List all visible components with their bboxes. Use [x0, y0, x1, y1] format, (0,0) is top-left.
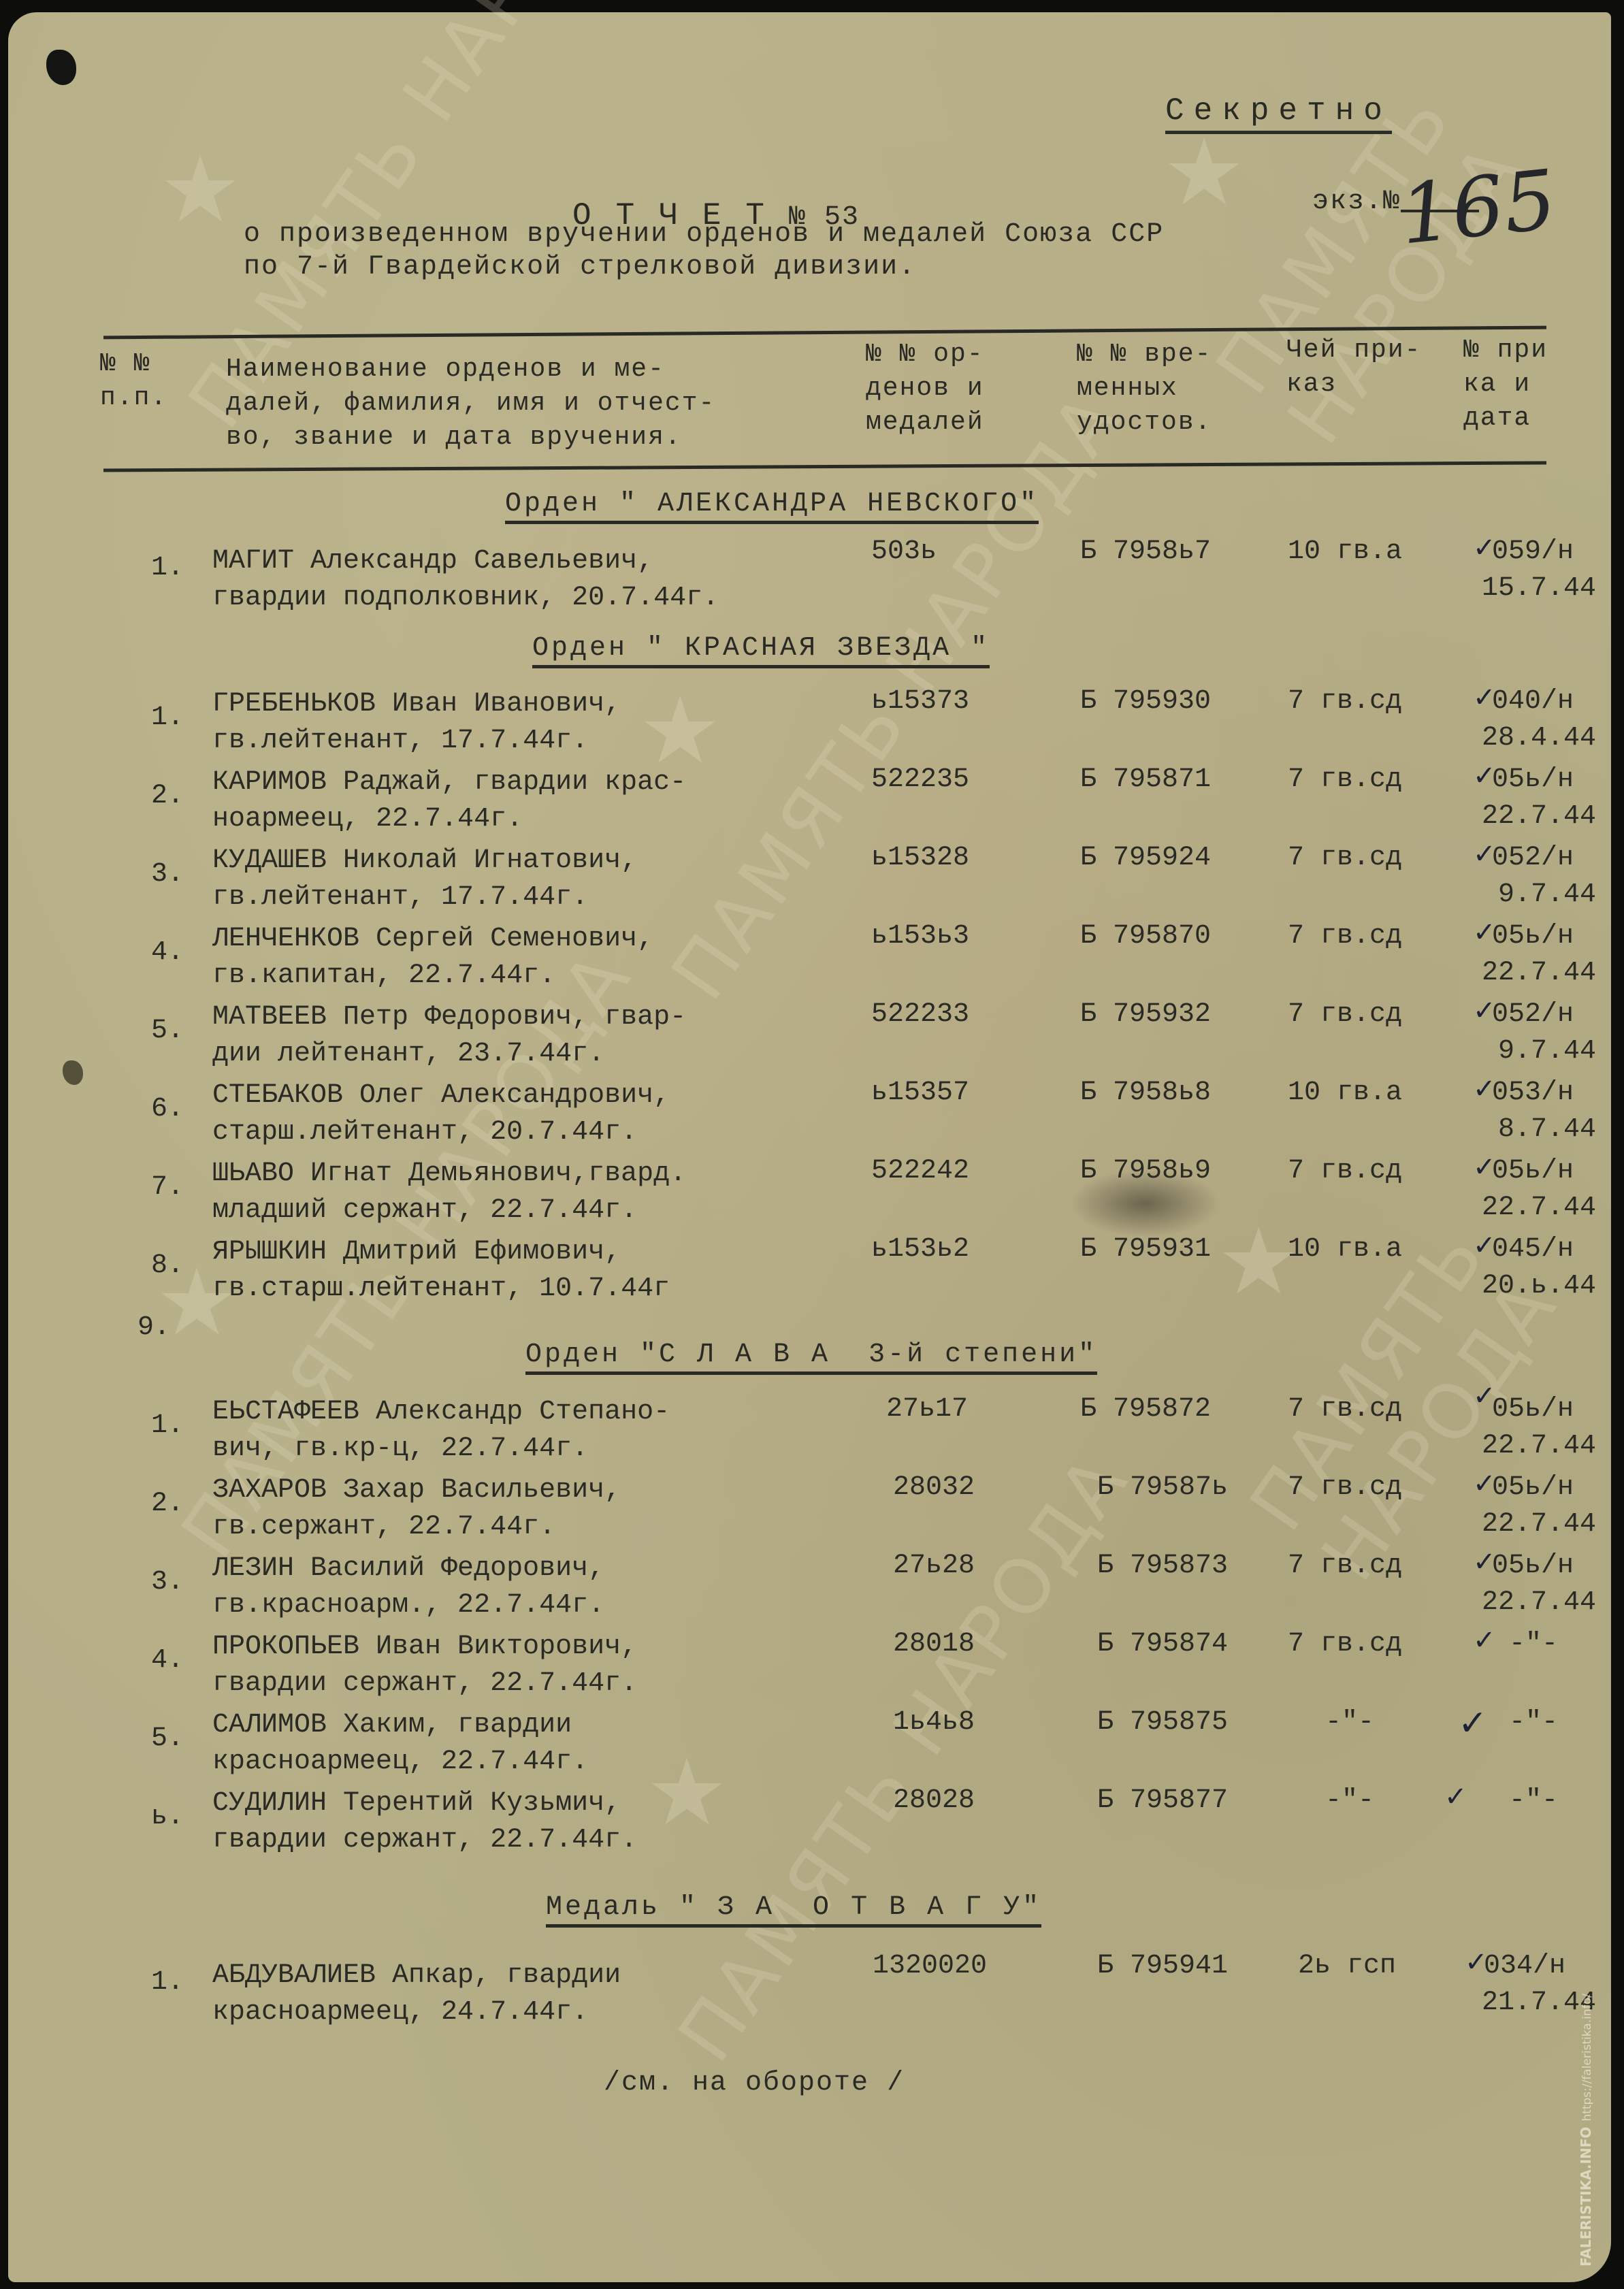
certificate-number: Б 795872 — [1080, 1394, 1211, 1425]
row-name: КАРИМОВ Раджай, гвардии крас- ноармеец, … — [212, 764, 686, 838]
col-header-certificate-numbers: № № вре- менных удостов. — [1077, 338, 1212, 440]
order-number: ь153ь2 — [871, 1234, 969, 1265]
row-index: 5. — [151, 1016, 184, 1046]
table-row: 4. ЛЕНЧЕНКОВ Сергей Семенович, гв.капита… — [8, 921, 1611, 997]
name-line-2: гв.лейтенант, 17.7.44г. — [212, 726, 588, 756]
row-name: ЯРЫШКИН Дмитрий Ефимович, гв.старш.лейте… — [212, 1234, 670, 1308]
order-number: ь153ь3 — [871, 921, 969, 952]
check-mark-icon: ✓ — [1458, 1703, 1488, 1744]
table-row: 3. КУДАШЕВ Николай Игнатович, гв.лейтена… — [8, 843, 1611, 919]
order-ref: 05ь/н — [1492, 1551, 1574, 1581]
whose-order: 2ь гсп — [1298, 1951, 1396, 1981]
site-watermark: FALERISTIKA.INFOhttps://faleristika.info… — [1578, 1994, 1594, 2267]
order-ref: 045/н — [1492, 1234, 1574, 1265]
row-index: 1. — [151, 1410, 184, 1441]
name-line-1: ЗАХАРОВ Захар Васильевич, — [212, 1475, 621, 1506]
certificate-number: Б 795931 — [1080, 1234, 1211, 1265]
table-row: 7. ШЬАВО Игнат Демьянович,гвард. младший… — [8, 1156, 1611, 1232]
name-line-1: СТЕБАКОВ Олег Александрович, — [212, 1080, 670, 1111]
certificate-number: Б 795924 — [1080, 843, 1211, 873]
order-ref: 052/н — [1492, 843, 1574, 873]
order-ref: 052/н — [1492, 999, 1574, 1030]
section-title-glory-3rd-class: Орден "С Л А В А 3-й степени" — [525, 1340, 1097, 1375]
punch-hole — [46, 50, 76, 85]
certificate-number: Б 795875 — [1097, 1707, 1228, 1738]
order-ref: -"- — [1509, 1707, 1558, 1738]
name-line-1: ГРЕБЕНЬКОВ Иван Иванович, — [212, 689, 621, 719]
handwritten-page-number: 165 — [1395, 152, 1560, 263]
row-index: 1. — [151, 553, 184, 583]
col-header-whose-order: Чей при- каз — [1286, 334, 1421, 402]
table-row: 4. ПРОКОПЬЕВ Иван Викторович, гвардии се… — [8, 1629, 1611, 1705]
table-row: 1. АБДУВАЛИЕВ Апкар, гвардии красноармее… — [8, 1951, 1611, 2027]
row-name: ПРОКОПЬЕВ Иван Викторович, гвардии сержа… — [212, 1629, 637, 1702]
order-ref: 05ь/н — [1492, 764, 1574, 795]
order-ref: -"- — [1509, 1629, 1558, 1659]
whose-order: 7 гв.сд — [1288, 686, 1402, 717]
row-name: МАГИТ Александр Савельевич, гвардии подп… — [212, 543, 719, 617]
order-date: 22.7.44 — [1482, 958, 1596, 988]
table-row: 2. КАРИМОВ Раджай, гвардии крас- ноармее… — [8, 764, 1611, 841]
order-number: 27ь28 — [893, 1551, 975, 1581]
order-date: 22.7.44 — [1482, 1431, 1596, 1461]
whose-order: 10 гв.а — [1288, 1077, 1402, 1108]
whose-order: 7 гв.сд — [1288, 921, 1402, 952]
order-number: 27ь17 — [886, 1394, 968, 1425]
certificate-number: Б 795871 — [1080, 764, 1211, 795]
row-index: 2. — [151, 1489, 184, 1519]
name-line-1: САЛИМОВ Хаким, гвардии — [212, 1710, 572, 1740]
whose-order: 7 гв.сд — [1288, 1394, 1402, 1425]
table-row: 1. МАГИТ Александр Савельевич, гвардии п… — [8, 536, 1611, 613]
order-number: 28032 — [893, 1472, 975, 1503]
row-index: 4. — [151, 937, 184, 968]
name-line-2: красноармеец, 24.7.44г. — [212, 1997, 588, 2028]
whose-order: 7 гв.сд — [1288, 1156, 1402, 1186]
name-line-1: МАТВЕЕВ Петр Федорович, гвар- — [212, 1002, 686, 1033]
check-mark-icon: ✓ — [1444, 1781, 1467, 1813]
row-name: ЛЕНЧЕНКОВ Сергей Семенович, гв.капитан, … — [212, 921, 653, 994]
order-number: 28028 — [893, 1785, 975, 1816]
whose-order: 7 гв.сд — [1288, 999, 1402, 1030]
row-name: ГРЕБЕНЬКОВ Иван Иванович, гв.лейтенант, … — [212, 686, 621, 760]
order-number: 1ь4ь8 — [893, 1707, 975, 1738]
section-title-medal-for-courage: Медаль " З А О Т В А Г У" — [546, 1892, 1041, 1928]
order-number: ь15373 — [871, 686, 969, 717]
report-subtitle-line-2: по 7-й Гвардейской стрелковой дивизии. — [244, 249, 916, 286]
name-line-2: гвардии сержант, 22.7.44г. — [212, 1825, 637, 1855]
certificate-number: Б 795874 — [1097, 1629, 1228, 1659]
order-date: 9.7.44 — [1498, 879, 1596, 910]
name-line-1: АБДУВАЛИЕВ Апкар, гвардии — [212, 1960, 621, 1991]
row-name: АБДУВАЛИЕВ Апкар, гвардии красноармеец, … — [212, 1958, 621, 2031]
table-row: 1. ГРЕБЕНЬКОВ Иван Иванович, гв.лейтенан… — [8, 686, 1611, 762]
certificate-number: Б 795877 — [1097, 1785, 1228, 1816]
row-index: 3. — [151, 1567, 184, 1597]
row-name: СТЕБАКОВ Олег Александрович, старш.лейте… — [212, 1077, 670, 1151]
row-index: 2. — [151, 781, 184, 811]
order-date: 15.7.44 — [1482, 573, 1596, 604]
whose-order: -"- — [1325, 1785, 1374, 1816]
row-name: МАТВЕЕВ Петр Федорович, гвар- дии лейтен… — [212, 999, 686, 1073]
ink-smudge — [1070, 1169, 1220, 1237]
table-row: 5. МАТВЕЕВ Петр Федорович, гвар- дии лей… — [8, 999, 1611, 1075]
copy-label: экз.№ — [1312, 186, 1401, 217]
name-line-1: СУДИЛИН Терентий Кузьмич, — [212, 1788, 621, 1819]
certificate-number: Б 795941 — [1097, 1951, 1228, 1981]
table-row: 1. ЕЬСТАФЕЕВ Александр Степано- вич, гв.… — [8, 1394, 1611, 1470]
name-line-2: гв.сержант, 22.7.44г. — [212, 1512, 555, 1542]
name-line-2: старш.лейтенант, 20.7.44г. — [212, 1117, 637, 1148]
table-header-bottom-rule — [103, 461, 1546, 472]
site-name: FALERISTIKA.INFO — [1578, 2127, 1594, 2267]
row-index: 1. — [151, 1967, 184, 1998]
order-number: 522242 — [871, 1156, 969, 1186]
name-line-1: ЕЬСТАФЕЕВ Александр Степано- — [212, 1397, 670, 1427]
name-line-1: ШЬАВО Игнат Демьянович,гвард. — [212, 1158, 686, 1189]
name-line-2: ноармеец, 22.7.44г. — [212, 804, 523, 834]
name-line-1: ЛЕНЧЕНКОВ Сергей Семенович, — [212, 924, 653, 954]
order-ref: 05ь/н — [1492, 1394, 1574, 1425]
row-name: СУДИЛИН Терентий Кузьмич, гвардии сержан… — [212, 1785, 637, 1859]
section-title-red-star: Орден " КРАСНАЯ ЗВЕЗДА " — [532, 633, 990, 668]
name-line-2: красноармеец, 22.7.44г. — [212, 1747, 588, 1777]
whose-order: 7 гв.сд — [1288, 764, 1402, 795]
certificate-number: Б 7958ь8 — [1080, 1077, 1211, 1108]
name-line-1: МАГИТ Александр Савельевич, — [212, 546, 653, 577]
order-date: 22.7.44 — [1482, 801, 1596, 832]
name-line-2: вич, гв.кр-ц, 22.7.44г. — [212, 1433, 588, 1464]
row-name: САЛИМОВ Хаким, гвардии красноармеец, 22.… — [212, 1707, 588, 1781]
name-line-2: младший сержант, 22.7.44г. — [212, 1195, 637, 1226]
whose-order: 7 гв.сд — [1288, 1472, 1402, 1503]
certificate-number: Б 795870 — [1080, 921, 1211, 952]
name-line-1: КАРИМОВ Раджай, гвардии крас- — [212, 767, 686, 798]
table-row: 8. ЯРЫШКИН Дмитрий Ефимович, гв.старш.ле… — [8, 1234, 1611, 1310]
row-index: 5. — [151, 1723, 184, 1754]
order-ref: -"- — [1509, 1785, 1558, 1816]
name-line-2: гв.лейтенант, 17.7.44г. — [212, 882, 588, 913]
row-index: 8. — [151, 1250, 184, 1281]
name-line-2: гв.красноарм., 22.7.44г. — [212, 1590, 604, 1621]
report-subtitle-line-1: о произведенном вручении орденов и медал… — [244, 216, 1164, 253]
table-row: 6. СТЕБАКОВ Олег Александрович, старш.ле… — [8, 1077, 1611, 1154]
certificate-number: Б 795932 — [1080, 999, 1211, 1030]
section-title-alexander-nevsky: Орден " АЛЕКСАНДРА НЕВСКОГО" — [505, 489, 1039, 524]
certificate-number: Б 795873 — [1097, 1551, 1228, 1581]
order-date: 28.4.44 — [1482, 723, 1596, 753]
row-index: 9. — [137, 1312, 170, 1343]
certificate-number: Б 795930 — [1080, 686, 1211, 717]
name-line-1: ЯРЫШКИН Дмитрий Ефимович, — [212, 1237, 621, 1267]
whose-order: 10 гв.а — [1288, 1234, 1402, 1265]
order-ref: 05ь/н — [1492, 921, 1574, 952]
name-line-2: дии лейтенант, 23.7.44г. — [212, 1039, 604, 1069]
table-row: 2. ЗАХАРОВ Захар Васильевич, гв.сержант,… — [8, 1472, 1611, 1548]
row-name: ЗАХАРОВ Захар Васильевич, гв.сержант, 22… — [212, 1472, 621, 1546]
name-line-1: ПРОКОПЬЕВ Иван Викторович, — [212, 1631, 637, 1662]
certificate-number: Б 79587ь — [1097, 1472, 1228, 1503]
row-index: 6. — [151, 1094, 184, 1124]
whose-order: 7 гв.сд — [1288, 1629, 1402, 1659]
order-ref: 05ь/н — [1492, 1156, 1574, 1186]
row-name: КУДАШЕВ Николай Игнатович, гв.лейтенант,… — [212, 843, 637, 916]
name-line-1: КУДАШЕВ Николай Игнатович, — [212, 845, 637, 876]
name-line-2: гв.капитан, 22.7.44г. — [212, 960, 555, 991]
row-index: 3. — [151, 859, 184, 890]
row-index: ь. — [151, 1802, 184, 1832]
see-reverse-note: /см. на обороте / — [604, 2068, 905, 2098]
row-name: ЕЬСТАФЕЕВ Александр Степано- вич, гв.кр-… — [212, 1394, 670, 1467]
order-date: 20.ь.44 — [1482, 1271, 1596, 1301]
order-number: 28018 — [893, 1629, 975, 1659]
order-number: 503ь — [871, 536, 937, 567]
table-row: 3. ЛЕЗИН Василий Федорович, гв.красноарм… — [8, 1551, 1611, 1627]
certificate-number: Б 7958ь7 — [1080, 536, 1211, 567]
order-date: 22.7.44 — [1482, 1587, 1596, 1618]
whose-order: 7 гв.сд — [1288, 1551, 1402, 1581]
site-url: https://faleristika.info/ — [1580, 1994, 1594, 2121]
order-number: ь15357 — [871, 1077, 969, 1108]
name-line-1: ЛЕЗИН Василий Федорович, — [212, 1553, 604, 1584]
whose-order: 7 гв.сд — [1288, 843, 1402, 873]
name-line-2: гв.старш.лейтенант, 10.7.44г — [212, 1273, 670, 1304]
order-number: ь15328 — [871, 843, 969, 873]
col-header-index: № № п.п. — [100, 347, 167, 415]
order-ref: 05ь/н — [1492, 1472, 1574, 1503]
row-name: ШЬАВО Игнат Демьянович,гвард. младший се… — [212, 1156, 686, 1229]
name-line-2: гвардии сержант, 22.7.44г. — [212, 1668, 637, 1699]
watermark-star-icon: ★ — [161, 125, 239, 254]
order-ref: 034/н — [1484, 1951, 1565, 1981]
row-name: ЛЕЗИН Василий Федорович, гв.красноарм., … — [212, 1551, 604, 1624]
order-date: 8.7.44 — [1498, 1114, 1596, 1145]
order-date: 22.7.44 — [1482, 1509, 1596, 1540]
order-ref: 053/н — [1492, 1077, 1574, 1108]
check-mark-icon: ✓ — [1473, 1625, 1496, 1656]
col-header-order-numbers: № № ор- денов и медалей — [866, 338, 984, 440]
col-header-order-ref-date: № при ка и дата — [1463, 334, 1548, 436]
classification-stamp: Секретно — [1165, 93, 1392, 134]
whose-order: 10 гв.а — [1288, 536, 1402, 567]
order-ref: 059/н — [1492, 536, 1574, 567]
table-row: 5. САЛИМОВ Хаким, гвардии красноармеец, … — [8, 1707, 1611, 1783]
order-number: 522233 — [871, 999, 969, 1030]
row-index: 1. — [151, 702, 184, 733]
row-index: 7. — [151, 1172, 184, 1203]
document-sheet: ★ ПАМЯТЬ НАРОДА ★ ПАМЯТЬ НАРОДА ★ ПАМЯТЬ… — [8, 12, 1611, 2282]
order-number: 522235 — [871, 764, 969, 795]
col-header-name: Наименование орденов и ме- далей, фамили… — [226, 353, 715, 455]
row-index: 4. — [151, 1645, 184, 1676]
whose-order: -"- — [1325, 1707, 1374, 1738]
order-date: 9.7.44 — [1498, 1036, 1596, 1067]
order-ref: 040/н — [1492, 686, 1574, 717]
name-line-2: гвардии подполковник, 20.7.44г. — [212, 583, 719, 613]
table-row: ь. СУДИЛИН Терентий Кузьмич, гвардии сер… — [8, 1785, 1611, 1862]
order-number: 1320020 — [873, 1951, 987, 1981]
order-date: 22.7.44 — [1482, 1192, 1596, 1223]
